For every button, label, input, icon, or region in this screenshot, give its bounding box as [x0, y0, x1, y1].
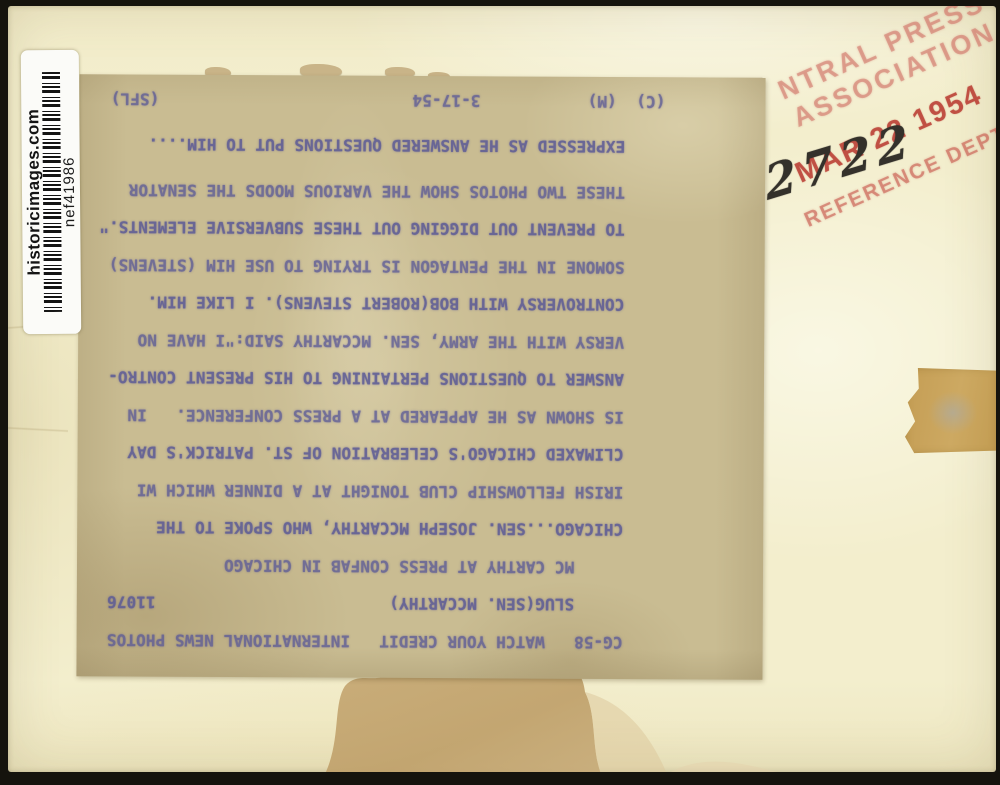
caption-sheet: CG-58 WATCH YOUR CREDIT INTERNATIONAL NE… — [76, 74, 765, 680]
caption-line: THESE TWO PHOTOS SHOW THE VARIOUS MOODS … — [97, 171, 625, 211]
caption-line: ANSWER TO QUESTIONS PERTAINING TO HIS PR… — [96, 358, 624, 398]
caption-line: CG-58 WATCH YOUR CREDIT INTERNATIONAL NE… — [95, 621, 623, 661]
caption-line: SOMONE IN THE PENTAGON IS TRYING TO USE … — [96, 246, 624, 286]
barcode-icon — [42, 72, 62, 312]
typed-caption: CG-58 WATCH YOUR CREDIT INTERNATIONAL NE… — [76, 74, 765, 680]
barcode-sticker: historicimages.com nef41986 — [21, 50, 81, 334]
caption-line: CHICAGO...SEN. JOSEPH MCCARTHY, WHO SPOK… — [95, 508, 623, 548]
caption-line: SLUG(SEN. MCCARTHY) 11076 — [95, 583, 623, 623]
sticker-code-label: nef41986 — [62, 156, 78, 227]
caption-line: IRISH FELLOWSHIP CLUB TONIGHT AT A DINNE… — [95, 471, 623, 511]
paper-crease — [8, 426, 68, 432]
caption-line: VERSY WITH THE ARMY, SEN. MCCARTHY SAID:… — [96, 321, 624, 361]
caption-line: EXPRESSED AS HE ANSWERED QUESTIONS PUT T… — [97, 125, 625, 165]
caption-line: IS SHOWN AS HE APPEARED AT A PRESS CONFE… — [96, 396, 624, 436]
tape-piece — [905, 368, 996, 454]
caption-line: TO PREVENT OUT DIGGING OUT THESE SUBVERS… — [97, 208, 625, 248]
caption-line: CONTROVERSY WITH BOB(ROBERT STEVENS). I … — [96, 283, 624, 323]
caption-line: CLIMAXED CHICAGO'S CELEBRATION OF ST. PA… — [96, 433, 624, 473]
photo-back: CG-58 WATCH YOUR CREDIT INTERNATIONAL NE… — [8, 6, 996, 772]
sticker-site-label: historicimages.com — [24, 109, 42, 276]
caption-line: (C) (M) 3-17-54 (SFL) — [97, 80, 665, 120]
caption-line: MC CARTHY AT PRESS CONFAB IN CHICAGO — [95, 546, 623, 586]
